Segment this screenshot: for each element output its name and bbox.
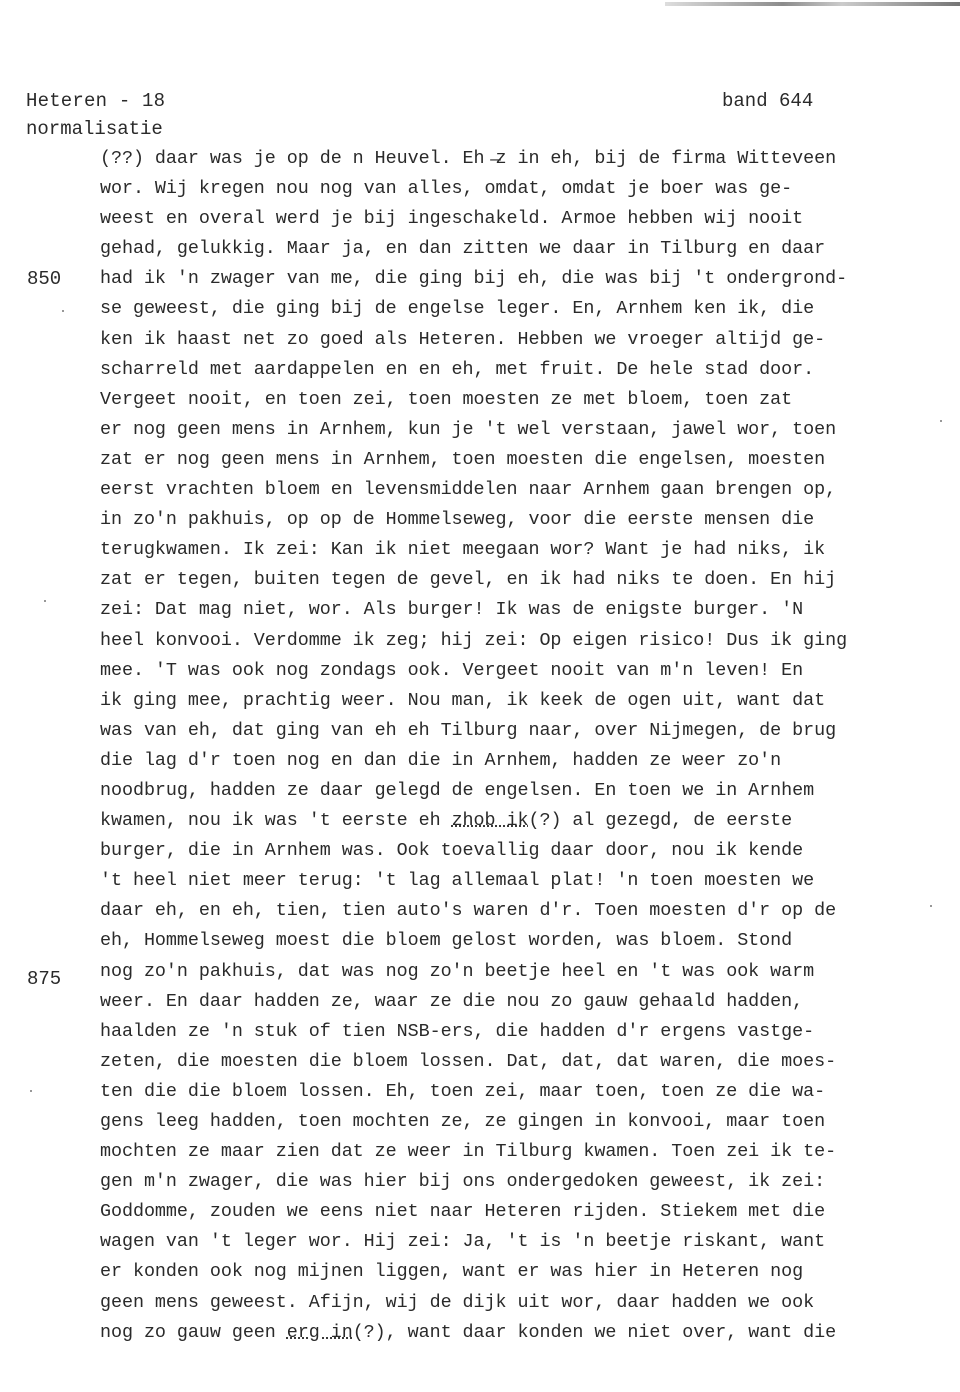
line-text: (?), want daar konden we niet over, want… <box>353 1322 836 1343</box>
line-number-850: 850 <box>27 264 61 294</box>
transcript-line: die lag d'r toen nog en dan die in Arnhe… <box>100 746 940 776</box>
transcript-line: zeten, die moesten die bloem lossen. Dat… <box>100 1047 940 1077</box>
scan-speck <box>44 600 46 602</box>
transcript-line: se geweest, die ging bij de engelse lege… <box>100 294 940 324</box>
transcript-line: nog zo gauw geen erg in(?), want daar ko… <box>100 1318 940 1348</box>
transcript-line: burger, die in Arnhem was. Ook toevallig… <box>100 836 940 866</box>
transcript-line: gens leeg hadden, toen mochten ze, ze gi… <box>100 1107 940 1137</box>
transcript-line: kwamen, nou ik was 't eerste eh zhob ik(… <box>100 806 940 836</box>
transcript-line: gen m'n zwager, die was hier bij ons ond… <box>100 1167 940 1197</box>
transcript-line: gehad, gelukkig. Maar ja, en dan zitten … <box>100 234 940 264</box>
line-text: kwamen, nou ik was 't eerste eh <box>100 810 452 831</box>
transcript-line: zat er nog geen mens in Arnhem, toen moe… <box>100 445 940 475</box>
transcript-line: weest en overal werd je bij ingeschakeld… <box>100 204 940 234</box>
transcript-line: zei: Dat mag niet, wor. Als burger! Ik w… <box>100 595 940 625</box>
transcript-line: mee. 'T was ook nog zondags ook. Vergeet… <box>100 656 940 686</box>
transcript-line: heel konvooi. Verdomme ik zeg; hij zei: … <box>100 626 940 656</box>
transcript-line: scharreld met aardappelen en en eh, met … <box>100 355 940 385</box>
transcript-line: er konden ook nog mijnen liggen, want er… <box>100 1257 940 1287</box>
transcript-line: had ik 'n zwager van me, die ging bij eh… <box>100 264 940 294</box>
transcript-line: geen mens geweest. Afijn, wij de dijk ui… <box>100 1288 940 1318</box>
transcript-line: ken ik haast net zo goed als Heteren. He… <box>100 325 940 355</box>
transcript-line: Goddomme, zouden we eens niet naar Heter… <box>100 1197 940 1227</box>
transcript-line: mochten ze maar zien dat ze weer in Tilb… <box>100 1137 940 1167</box>
transcript-line: ten die die bloem lossen. Eh, toen zei, … <box>100 1077 940 1107</box>
transcript-line: nog zo'n pakhuis, dat was nog zo'n beetj… <box>100 957 940 987</box>
transcript-line: weer. En daar hadden ze, waar ze die nou… <box>100 987 940 1017</box>
line-number-875: 875 <box>27 964 61 994</box>
uncertain-transcription: erg in <box>287 1322 353 1343</box>
transcript-line: eerst vrachten bloem en levensmiddelen n… <box>100 475 940 505</box>
transcript-line: wor. Wij kregen nou nog van alles, omdat… <box>100 174 940 204</box>
transcript-line: zat er tegen, buiten tegen de gevel, en … <box>100 565 940 595</box>
transcript-line: haalden ze 'n stuk of tien NSB-ers, die … <box>100 1017 940 1047</box>
transcript-line: terugkwamen. Ik zei: Kan ik niet meegaan… <box>100 535 940 565</box>
scan-edge-artifact <box>665 2 960 6</box>
line-text: (?) al gezegd, de eerste <box>528 810 792 831</box>
transcript-line: Vergeet nooit, en toen zei, toen moesten… <box>100 385 940 415</box>
transcript-line: 't heel niet meer terug: 't lag allemaal… <box>100 866 940 896</box>
transcript-line: eh, Hommelseweg moest die bloem gelost w… <box>100 926 940 956</box>
uncertain-transcription: zhob ik <box>452 810 529 831</box>
scan-speck <box>930 905 932 907</box>
transcript-line: daar eh, en eh, tien, tien auto's waren … <box>100 896 940 926</box>
document-title: Heteren - 18 <box>26 86 165 116</box>
transcript-line: noodbrug, hadden ze daar gelegd de engel… <box>100 776 940 806</box>
line-text: nog zo gauw geen <box>100 1322 287 1343</box>
transcript-line: was van eh, dat ging van eh eh Tilburg n… <box>100 716 940 746</box>
transcript-line: er nog geen mens in Arnhem, kun je 't we… <box>100 415 940 445</box>
transcript-line: in zo'n pakhuis, op op de Hommelseweg, v… <box>100 505 940 535</box>
transcript-line: ik ging mee, prachtig weer. Nou man, ik … <box>100 686 940 716</box>
scan-speck <box>30 1090 32 1092</box>
transcript-line: (??) daar was je op de n Heuvel. Eh ̶z i… <box>100 144 940 174</box>
transcript-body: (??) daar was je op de n Heuvel. Eh ̶z i… <box>100 144 940 1348</box>
transcript-line: wagen van 't leger wor. Hij zei: Ja, 't … <box>100 1227 940 1257</box>
tape-number: band 644 <box>722 86 813 116</box>
scan-speck <box>940 420 942 422</box>
document-subtitle: normalisatie <box>26 114 163 144</box>
scan-speck <box>62 310 64 312</box>
